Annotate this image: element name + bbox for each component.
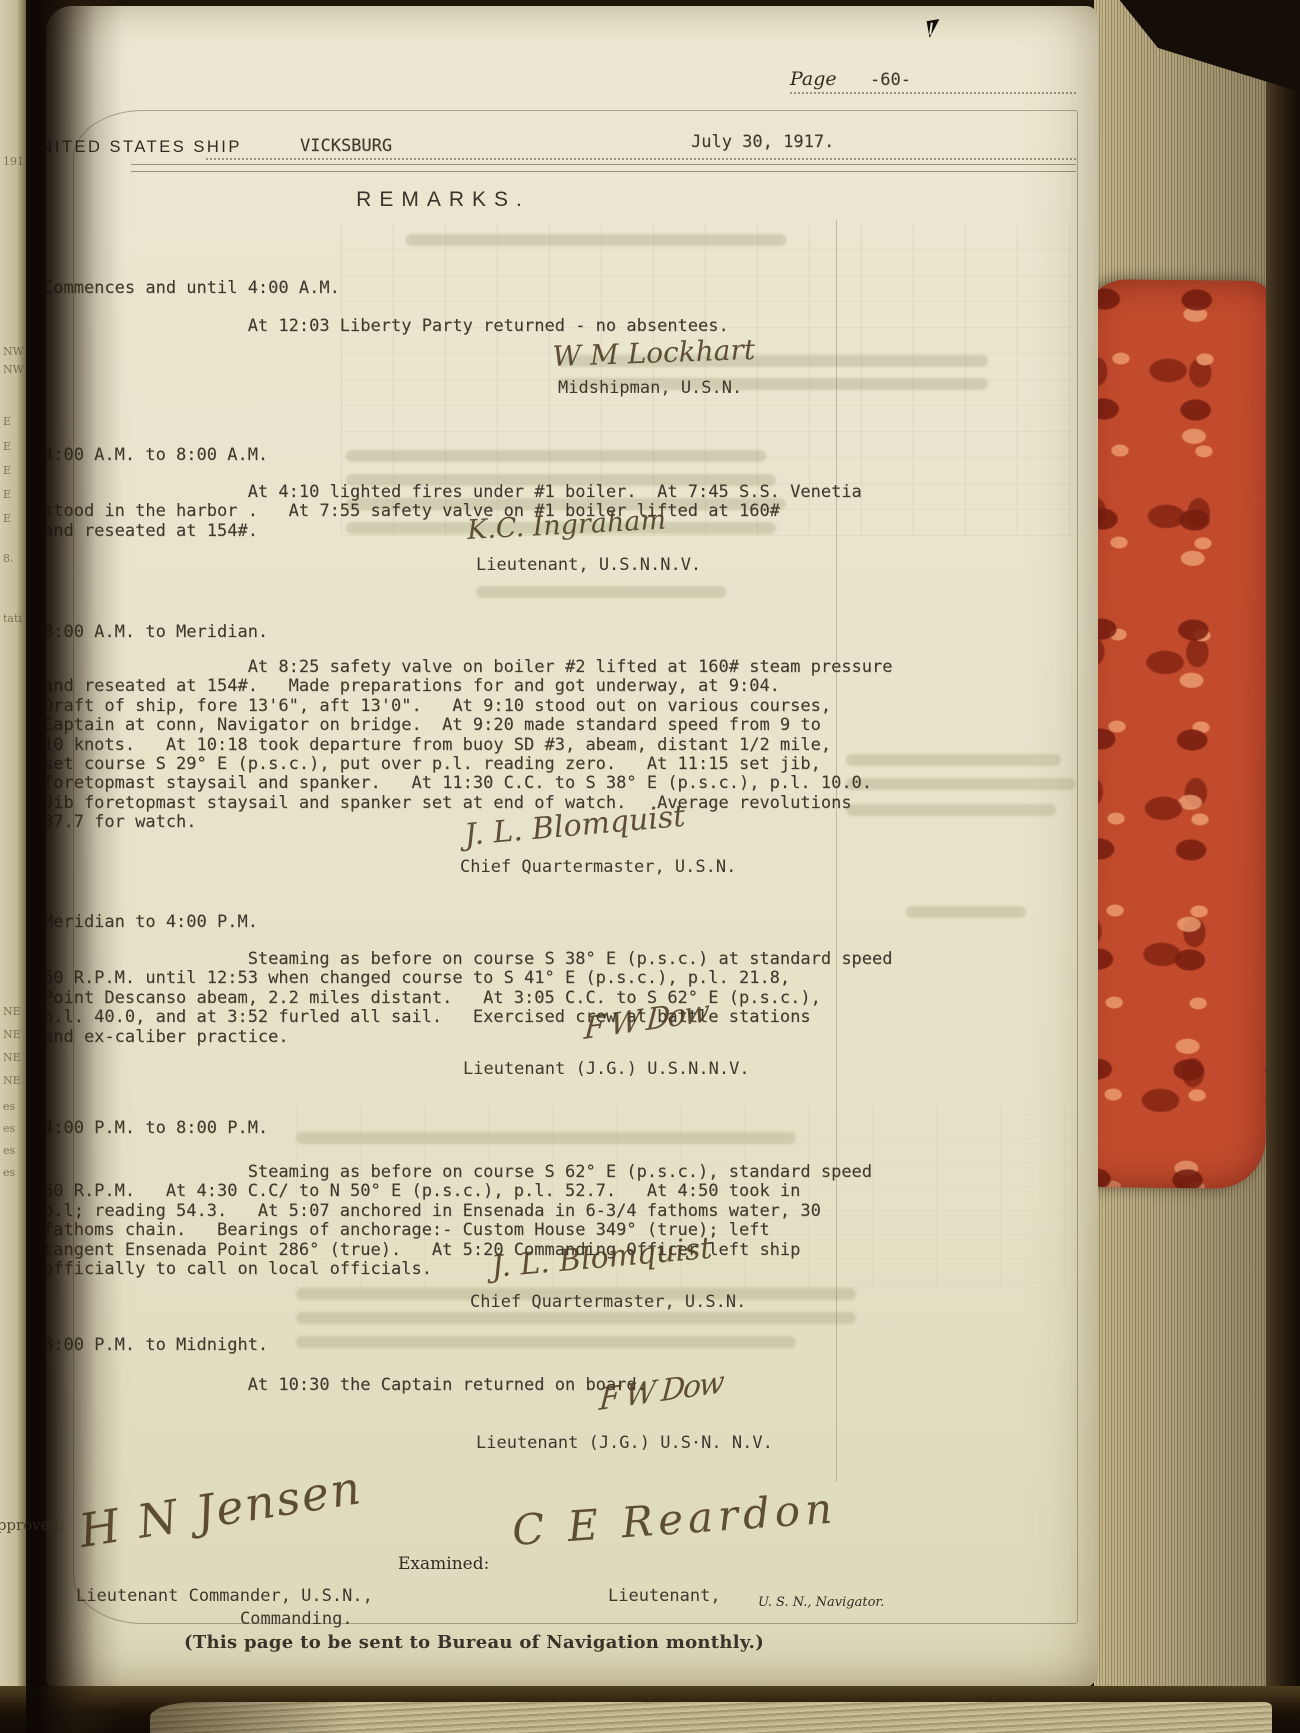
united-states-ship-label: UNITED STATES SHIP [46, 138, 242, 157]
corner-mark-icon [927, 19, 943, 38]
logbook-photo: 191NWNWEEEEE8.tatiNENENENEeseseses Page … [0, 0, 1300, 1733]
watch-period-label: 8:00 A.M. to Meridian. [46, 622, 268, 642]
signature-rank: Chief Quartermaster, U.S.N. [470, 1292, 746, 1312]
log-page: Page -60- UNITED STATES SHIP VICKSBURG J… [46, 6, 1098, 1688]
approved-label: Approved: [0, 1516, 64, 1534]
marbled-endpaper [1075, 279, 1274, 1189]
watch-remarks: Steaming as before on course S 62° E (p.… [46, 1163, 872, 1279]
watch-remarks: At 12:03 Liberty Party returned - no abs… [46, 317, 729, 336]
book-cover-edge [1266, 0, 1300, 1733]
bottom-page-edges [150, 1702, 1272, 1733]
page-number-rule [790, 92, 1076, 94]
signature-rank: Midshipman, U.S.N. [558, 378, 742, 398]
watch-period-label: 4:00 P.M. to 8:00 P.M. [46, 1118, 268, 1138]
navigator-rank: Lieutenant, [608, 1586, 721, 1606]
watch-remarks: Steaming as before on course S 38° E (p.… [46, 950, 893, 1047]
examined-label: Examined: [398, 1554, 489, 1574]
ship-name-rule [206, 158, 1076, 160]
signature-rank: Lieutenant, U.S.N.N.V. [476, 555, 701, 575]
signature-rank: Lieutenant (J.G.) U.S.N.N.V. [463, 1059, 750, 1079]
commanding-label: Commanding. [240, 1609, 353, 1629]
facing-page-edge: 191NWNWEEEEE8.tatiNENENENEeseseses [0, 0, 30, 1706]
page-number-label: Page [790, 68, 837, 90]
ship-name: VICKSBURG [300, 136, 392, 156]
watch-remarks: At 8:25 safety valve on boiler #2 lifted… [46, 658, 893, 833]
watch-remarks: At 4:10 lighted fires under #1 boiler. A… [46, 483, 862, 541]
watch-period-label: 4:00 A.M. to 8:00 A.M. [46, 445, 268, 465]
column-rule [836, 220, 837, 1482]
signature-midshipman: W M Lockhart [552, 333, 756, 373]
commanding-officer-rank: Lieutenant Commander, U.S.N., [76, 1586, 373, 1606]
signature-rank: Lieutenant (J.G.) U.S·N. N.V. [476, 1433, 773, 1453]
bureau-note: (This page to be sent to Bureau of Navig… [184, 1632, 764, 1653]
page-number: -60- [870, 70, 911, 90]
header-double-rule [131, 164, 1076, 172]
remarks-title: REMARKS. [328, 188, 558, 212]
signature-rank: Chief Quartermaster, U.S.N. [460, 857, 736, 877]
watch-period-label: 8:00 P.M. to Midnight. [46, 1335, 268, 1355]
navigator-label: U. S. N., Navigator. [758, 1595, 884, 1610]
watch-period-label: Meridian to 4:00 P.M. [46, 912, 258, 932]
log-date: July 30, 1917. [691, 132, 834, 152]
watch-period-label: Commences and until 4:00 A.M. [46, 278, 340, 298]
watch-remarks: At 10:30 the Captain returned on board. [46, 1376, 647, 1395]
